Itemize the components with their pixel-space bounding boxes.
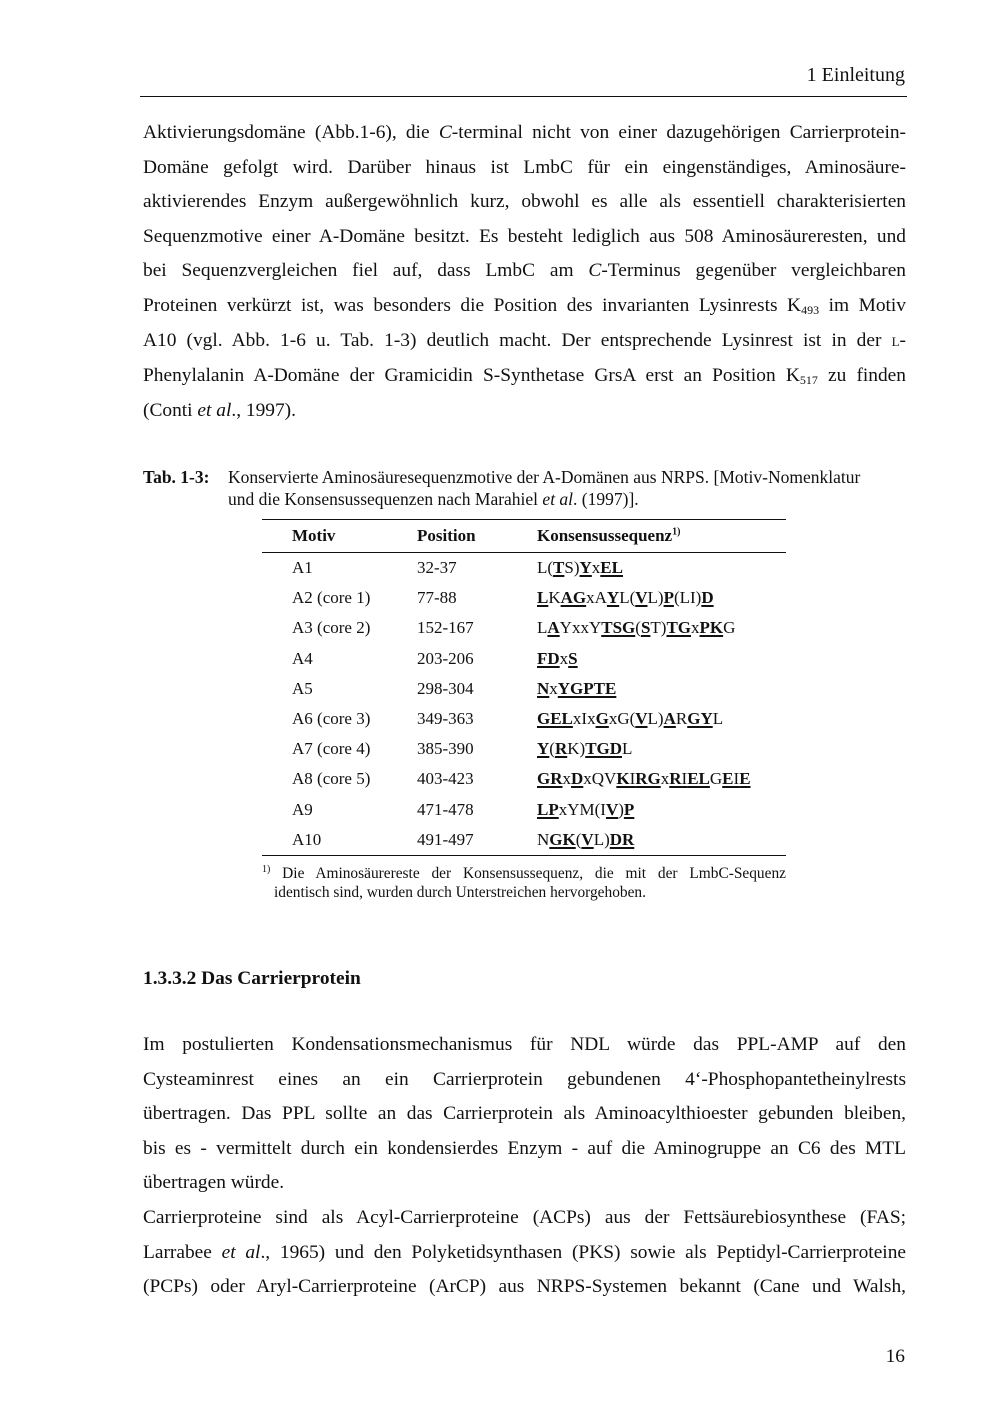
caption-italic: et al: [542, 489, 573, 509]
cell-sequence: LPxYM(IV)P: [537, 795, 786, 825]
cell-position: 471-478: [417, 795, 537, 825]
table-row: A9471-478LPxYM(IV)P: [262, 795, 786, 825]
table-caption-label: Tab. 1-3:: [143, 466, 228, 488]
text-line: Carrierproteine sind als Acyl-Carrierpro…: [143, 1201, 906, 1236]
text-line: Sequenzmotive einer A-Domäne besitzt. Es…: [143, 220, 906, 255]
header-rule: [140, 96, 907, 97]
table-row: A10491-497NGK(VL)DR: [262, 825, 786, 855]
table-header-row: Motiv Position Konsensussequenz1): [262, 520, 786, 552]
text-line: Phenylalanin A-Domäne der Gramicidin S-S…: [143, 359, 906, 394]
table-row: A2 (core 1)77-88LKAGxAYL(VL)P(LI)D: [262, 583, 786, 613]
cell-sequence: GRxDxQVKIRGxRIELGEIE: [537, 764, 786, 794]
cell-position: 203-206: [417, 644, 537, 674]
text-line: Im postulierten Kondensationsmechanismus…: [143, 1028, 906, 1063]
cell-motiv: A1: [262, 553, 417, 583]
cell-sequence: GELxIxGxG(VL)ARGYL: [537, 704, 786, 734]
cell-position: 77-88: [417, 583, 537, 613]
cell-motiv: A10: [262, 825, 417, 855]
section-heading: 1.3.3.2 Das Carrierprotein: [143, 968, 361, 990]
cell-motiv: A6 (core 3): [262, 704, 417, 734]
cell-sequence: NxYGPTE: [537, 674, 786, 704]
paragraph-condensation-mechanism: Im postulierten Kondensationsmechanismus…: [143, 1028, 906, 1201]
paragraph-carrier-proteins: Carrierproteine sind als Acyl-Carrierpro…: [143, 1201, 906, 1305]
table-caption-line2: und die Konsensussequenzen nach Marahiel…: [143, 488, 908, 510]
cell-motiv: A8 (core 5): [262, 764, 417, 794]
text-line: Proteinen verkürzt ist, was besonders di…: [143, 289, 906, 324]
cell-sequence: L(TS)YxEL: [537, 553, 786, 583]
footnote-text: Die Aminosäurereste der Konsensussequenz…: [270, 865, 786, 882]
footnote-mark: 1): [672, 526, 680, 537]
text-line: Cysteaminrest eines an ein Carrierprotei…: [143, 1063, 906, 1098]
footnote-line1: 1) Die Aminosäurereste der Konsensussequ…: [262, 860, 786, 883]
table-caption-line1: Konservierte Aminosäuresequenzmotive der…: [228, 467, 860, 487]
header-position: Position: [417, 520, 537, 552]
text-line: Domäne gefolgt wird. Darüber hinaus ist …: [143, 151, 906, 186]
page-number: 16: [886, 1346, 905, 1368]
table-bottom-rule: [262, 855, 786, 856]
table-row: A132-37L(TS)YxEL: [262, 553, 786, 583]
header-text: Konsensussequenz: [537, 526, 672, 545]
table-row: A7 (core 4)385-390Y(RK)TGDL: [262, 734, 786, 764]
header-konsensussequenz: Konsensussequenz1): [537, 520, 786, 552]
caption-text: und die Konsensussequenzen nach Marahiel: [228, 489, 542, 509]
cell-position: 385-390: [417, 734, 537, 764]
text-line: (Conti et al., 1997).: [143, 394, 906, 429]
cell-motiv: A5: [262, 674, 417, 704]
text-line: übertragen. Das PPL sollte an das Carrie…: [143, 1097, 906, 1132]
cell-position: 491-497: [417, 825, 537, 855]
table-row: A6 (core 3)349-363GELxIxGxG(VL)ARGYL: [262, 704, 786, 734]
cell-position: 349-363: [417, 704, 537, 734]
paragraph-lmbc-activation-domain: Aktivierungsdomäne (Abb.1-6), die C-term…: [143, 116, 906, 428]
cell-motiv: A7 (core 4): [262, 734, 417, 764]
cell-sequence: LKAGxAYL(VL)P(LI)D: [537, 583, 786, 613]
table-row: A4203-206FDxS: [262, 644, 786, 674]
cell-sequence: FDxS: [537, 644, 786, 674]
text-line: aktivierendes Enzym außergewöhnlich kurz…: [143, 185, 906, 220]
text-line: Larrabee et al., 1965) und den Polyketid…: [143, 1236, 906, 1271]
text-line: A10 (vgl. Abb. 1-6 u. Tab. 1-3) deutlich…: [143, 324, 906, 360]
cell-motiv: A4: [262, 644, 417, 674]
cell-motiv: A2 (core 1): [262, 583, 417, 613]
text-line: übertragen würde.: [143, 1166, 906, 1201]
table-row: A5298-304NxYGPTE: [262, 674, 786, 704]
table-row: A8 (core 5)403-423GRxDxQVKIRGxRIELGEIE: [262, 764, 786, 794]
footnote-line2: identisch sind, wurden durch Unterstreic…: [262, 883, 786, 902]
motif-table: Motiv Position Konsensussequenz1) A132-3…: [262, 519, 786, 856]
table-row: A3 (core 2)152-167LAYxxYTSG(ST)TGxPKG: [262, 613, 786, 643]
text-line: (PCPs) oder Aryl-Carrierproteine (ArCP) …: [143, 1270, 906, 1305]
text-line: bei Sequenzvergleichen fiel auf, dass Lm…: [143, 254, 906, 289]
cell-motiv: A9: [262, 795, 417, 825]
text-line: Aktivierungsdomäne (Abb.1-6), die C-term…: [143, 116, 906, 151]
table-footnote: 1) Die Aminosäurereste der Konsensussequ…: [262, 860, 786, 902]
cell-position: 152-167: [417, 613, 537, 643]
header-motiv: Motiv: [262, 520, 417, 552]
cell-sequence: NGK(VL)DR: [537, 825, 786, 855]
cell-sequence: Y(RK)TGDL: [537, 734, 786, 764]
running-header-title: 1 Einleitung: [807, 64, 905, 87]
table-body: A132-37L(TS)YxELA2 (core 1)77-88LKAGxAYL…: [262, 553, 786, 855]
cell-sequence: LAYxxYTSG(ST)TGxPKG: [537, 613, 786, 643]
caption-text: . (1997)].: [573, 489, 639, 509]
cell-position: 32-37: [417, 553, 537, 583]
cell-position: 403-423: [417, 764, 537, 794]
table-caption: Tab. 1-3:Konservierte Aminosäuresequenzm…: [143, 466, 908, 510]
text-line: bis es - vermittelt durch ein kondensier…: [143, 1132, 906, 1167]
cell-position: 298-304: [417, 674, 537, 704]
cell-motiv: A3 (core 2): [262, 613, 417, 643]
